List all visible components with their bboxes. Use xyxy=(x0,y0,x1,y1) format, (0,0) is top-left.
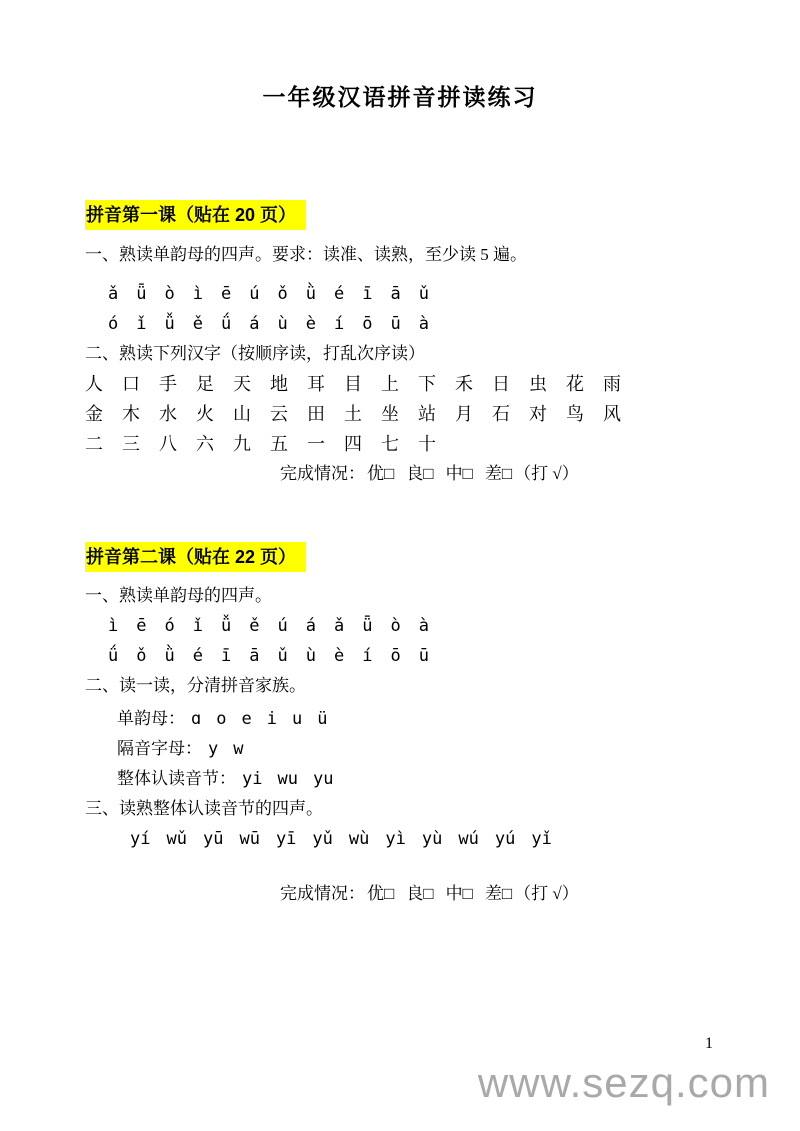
pinyin-letter: ü xyxy=(317,704,327,734)
hanzi-character: 口 xyxy=(122,369,140,399)
hanzi-character: 土 xyxy=(344,399,362,429)
pinyin-vowel: í xyxy=(334,309,344,339)
hanzi-character: 雨 xyxy=(603,369,621,399)
pinyin-family-simple-finals: 单韵母： ɑoeiuü xyxy=(117,704,715,734)
lesson-2-pinyin-row-2: ǘǒǜéīāǔùèíōū xyxy=(108,641,715,671)
hanzi-character: 坐 xyxy=(381,399,399,429)
hanzi-character: 花 xyxy=(566,369,584,399)
hanzi-character: 日 xyxy=(492,369,510,399)
lesson-1-pinyin-row-1: ǎǖòìēúǒǜéīāǔ xyxy=(108,279,715,309)
completion-label: 完成情况： xyxy=(280,459,365,489)
pinyin-letter: w xyxy=(233,734,243,764)
pinyin-letter: ɑ xyxy=(191,704,201,734)
pinyin-vowel: ū xyxy=(391,309,401,339)
document-title: 一年级汉语拼音拼读练习 xyxy=(85,0,715,112)
pinyin-vowel: ó xyxy=(108,309,118,339)
lesson-1-completion-status-line: 完成情况： 优□良□中□差□ （打 √） xyxy=(280,459,715,489)
hanzi-character: 目 xyxy=(344,369,362,399)
pinyin-vowel: ò xyxy=(165,279,175,309)
hanzi-character: 耳 xyxy=(307,369,325,399)
completion-option-checkbox: 良□ xyxy=(406,459,433,489)
lesson-1-hanzi-row-1: 人口手足天地耳目上下禾日虫花雨 xyxy=(85,369,715,399)
lesson-2-task-3: 三、读熟整体认读音节的四声。 xyxy=(85,794,715,824)
pinyin-vowel: ì xyxy=(108,611,118,641)
hanzi-character: 八 xyxy=(159,429,177,459)
family-label: 单韵母： xyxy=(117,704,185,734)
hanzi-character: 九 xyxy=(233,429,251,459)
pinyin-vowel: ú xyxy=(249,279,259,309)
pinyin-vowel: ù xyxy=(306,641,316,671)
family-label: 隔音字母： xyxy=(117,734,202,764)
pinyin-vowel: ō xyxy=(391,641,401,671)
pinyin-vowel: í xyxy=(362,641,372,671)
hanzi-character: 云 xyxy=(270,399,288,429)
pinyin-vowel: ǐ xyxy=(136,309,146,339)
lesson-2-heading: 拼音第二课（贴在 22 页） xyxy=(85,542,306,572)
document-content: 一年级汉语拼音拼读练习 拼音第一课（贴在 20 页） 一、熟读单韵母的四声。要求… xyxy=(0,0,800,909)
watermark: www.sezq.com xyxy=(478,1061,770,1105)
hanzi-character: 石 xyxy=(492,399,510,429)
pinyin-vowel: ě xyxy=(249,611,259,641)
lesson-1-heading: 拼音第一课（贴在 20 页） xyxy=(85,200,306,230)
completion-label: 完成情况： xyxy=(280,879,365,909)
pinyin-vowel: ǒ xyxy=(136,641,146,671)
pinyin-syllable: yī xyxy=(276,824,296,854)
pinyin-vowel: ǜ xyxy=(306,279,316,309)
lesson-1-hanzi-row-3: 二三八六九五一四七十 xyxy=(85,429,715,459)
pinyin-letter: o xyxy=(216,704,226,734)
hanzi-character: 足 xyxy=(196,369,214,399)
lesson-1-task-2: 二、熟读下列汉字（按顺序读，打乱次序读） xyxy=(85,339,715,369)
pinyin-syllable: yi xyxy=(242,764,262,794)
pinyin-vowel: á xyxy=(306,611,316,641)
pinyin-syllable: yu xyxy=(313,764,333,794)
pinyin-vowel: ú xyxy=(278,611,288,641)
completion-options: 优□良□中□差□ xyxy=(367,879,512,909)
pinyin-letter: i xyxy=(267,704,277,734)
lesson-1-task-1: 一、熟读单韵母的四声。要求：读准、读熟，至少读 5 遍。 xyxy=(85,240,715,270)
pinyin-syllable: wú xyxy=(458,824,478,854)
completion-option-checkbox: 良□ xyxy=(406,879,433,909)
document-page: 一年级汉语拼音拼读练习 拼音第一课（贴在 20 页） 一、熟读单韵母的四声。要求… xyxy=(0,0,800,1131)
lesson-1-section: 拼音第一课（贴在 20 页） 一、熟读单韵母的四声。要求：读准、读熟，至少读 5… xyxy=(85,200,715,489)
lesson-2-heading-row: 拼音第二课（贴在 22 页） xyxy=(85,542,715,574)
pinyin-vowel: ī xyxy=(221,641,231,671)
hanzi-character: 十 xyxy=(418,429,436,459)
hanzi-character: 三 xyxy=(122,429,140,459)
pinyin-vowel: ǘ xyxy=(108,641,118,671)
lesson-1-heading-row: 拼音第一课（贴在 20 页） xyxy=(85,200,715,232)
hanzi-character: 禾 xyxy=(455,369,473,399)
lesson-2-syllable-tone-row: yíwǔyūwūyīyǔwùyìyùwúyúyǐ xyxy=(130,824,715,854)
hanzi-character: 七 xyxy=(381,429,399,459)
pinyin-vowel: ǚ xyxy=(165,309,175,339)
pinyin-vowel: ǘ xyxy=(221,309,231,339)
hanzi-character: 田 xyxy=(307,399,325,429)
hanzi-character: 天 xyxy=(233,369,251,399)
pinyin-vowel: ǔ xyxy=(419,279,429,309)
lesson-2-task-1: 一、熟读单韵母的四声。 xyxy=(85,581,715,611)
hanzi-character: 站 xyxy=(418,399,436,429)
pinyin-vowel: ǎ xyxy=(334,611,344,641)
pinyin-vowel: ǒ xyxy=(278,279,288,309)
pinyin-syllable: wū xyxy=(239,824,259,854)
pinyin-vowel: ī xyxy=(362,279,372,309)
hanzi-character: 金 xyxy=(85,399,103,429)
pinyin-letter: e xyxy=(242,704,252,734)
pinyin-syllable: yí xyxy=(130,824,150,854)
completion-options: 优□良□中□差□ xyxy=(367,459,512,489)
pinyin-vowel: ā xyxy=(391,279,401,309)
completion-option-checkbox: 优□ xyxy=(367,459,394,489)
family-items: yw xyxy=(208,734,244,764)
pinyin-vowel: é xyxy=(193,641,203,671)
hanzi-character: 手 xyxy=(159,369,177,399)
pinyin-vowel: ā xyxy=(249,641,259,671)
completion-option-checkbox: 差□ xyxy=(485,459,512,489)
completion-option-checkbox: 中□ xyxy=(446,879,473,909)
hanzi-character: 六 xyxy=(196,429,214,459)
completion-option-checkbox: 优□ xyxy=(367,879,394,909)
pinyin-vowel: ē xyxy=(136,611,146,641)
hanzi-character: 山 xyxy=(233,399,251,429)
family-items: ɑoeiuü xyxy=(191,704,328,734)
pinyin-syllable: yǔ xyxy=(312,824,332,854)
hanzi-character: 鸟 xyxy=(566,399,584,429)
lesson-2-pinyin-row-1: ìēóǐǚěúáǎǖòà xyxy=(108,611,715,641)
pinyin-syllable: yú xyxy=(495,824,515,854)
lesson-1-hanzi-row-2: 金木水火山云田土坐站月石对鸟风 xyxy=(85,399,715,429)
pinyin-syllable: yū xyxy=(203,824,223,854)
completion-option-checkbox: 中□ xyxy=(446,459,473,489)
hanzi-character: 风 xyxy=(603,399,621,429)
family-label: 整体认读音节： xyxy=(117,764,236,794)
hanzi-character: 五 xyxy=(270,429,288,459)
pinyin-family-whole-syllables: 整体认读音节： yiwuyu xyxy=(117,764,715,794)
pinyin-vowel: ǜ xyxy=(165,641,175,671)
hanzi-character: 火 xyxy=(196,399,214,429)
hanzi-character: 木 xyxy=(122,399,140,429)
hanzi-character: 对 xyxy=(529,399,547,429)
pinyin-vowel: ū xyxy=(419,641,429,671)
hanzi-character: 上 xyxy=(381,369,399,399)
pinyin-vowel: ǔ xyxy=(278,641,288,671)
pinyin-vowel: ǚ xyxy=(221,611,231,641)
pinyin-syllable: yù xyxy=(422,824,442,854)
pinyin-vowel: à xyxy=(419,611,429,641)
hanzi-character: 四 xyxy=(344,429,362,459)
pinyin-vowel: ǖ xyxy=(362,611,372,641)
hanzi-character: 月 xyxy=(455,399,473,429)
pinyin-syllable: yì xyxy=(385,824,405,854)
pinyin-syllable: wǔ xyxy=(166,824,186,854)
pinyin-vowel: ò xyxy=(391,611,401,641)
page-number: 1 xyxy=(705,1034,713,1054)
pinyin-syllable: wù xyxy=(349,824,369,854)
pinyin-vowel: á xyxy=(249,309,259,339)
pinyin-syllable: yǐ xyxy=(531,824,551,854)
pinyin-syllable: wu xyxy=(277,764,297,794)
pinyin-vowel: è xyxy=(334,641,344,671)
pinyin-vowel: à xyxy=(419,309,429,339)
completion-suffix: （打 √） xyxy=(514,459,579,489)
lesson-2-completion-status-line: 完成情况： 优□良□中□差□ （打 √） xyxy=(280,879,715,909)
completion-option-checkbox: 差□ xyxy=(485,879,512,909)
lesson-1-pinyin-row-2: óǐǚěǘáùèíōūà xyxy=(108,309,715,339)
pinyin-vowel: ǖ xyxy=(136,279,146,309)
hanzi-character: 下 xyxy=(418,369,436,399)
pinyin-vowel: ē xyxy=(221,279,231,309)
hanzi-character: 地 xyxy=(270,369,288,399)
pinyin-vowel: é xyxy=(334,279,344,309)
hanzi-character: 二 xyxy=(85,429,103,459)
hanzi-character: 虫 xyxy=(529,369,547,399)
pinyin-vowel: è xyxy=(306,309,316,339)
hanzi-character: 一 xyxy=(307,429,325,459)
hanzi-character: 人 xyxy=(85,369,103,399)
lesson-2-section: 拼音第二课（贴在 22 页） 一、熟读单韵母的四声。 ìēóǐǚěúáǎǖòà … xyxy=(85,542,715,909)
pinyin-family-separating-letters: 隔音字母： yw xyxy=(117,734,715,764)
pinyin-vowel: ù xyxy=(278,309,288,339)
pinyin-vowel: ó xyxy=(165,611,175,641)
pinyin-letter: y xyxy=(208,734,218,764)
pinyin-vowel: ì xyxy=(193,279,203,309)
pinyin-vowel: ě xyxy=(193,309,203,339)
lesson-2-task-2: 二、读一读，分清拼音家族。 xyxy=(85,671,715,701)
pinyin-vowel: ō xyxy=(362,309,372,339)
completion-suffix: （打 √） xyxy=(514,879,579,909)
family-items: yiwuyu xyxy=(242,764,333,794)
pinyin-vowel: ǎ xyxy=(108,279,118,309)
pinyin-vowel: ǐ xyxy=(193,611,203,641)
pinyin-letter: u xyxy=(292,704,302,734)
hanzi-character: 水 xyxy=(159,399,177,429)
